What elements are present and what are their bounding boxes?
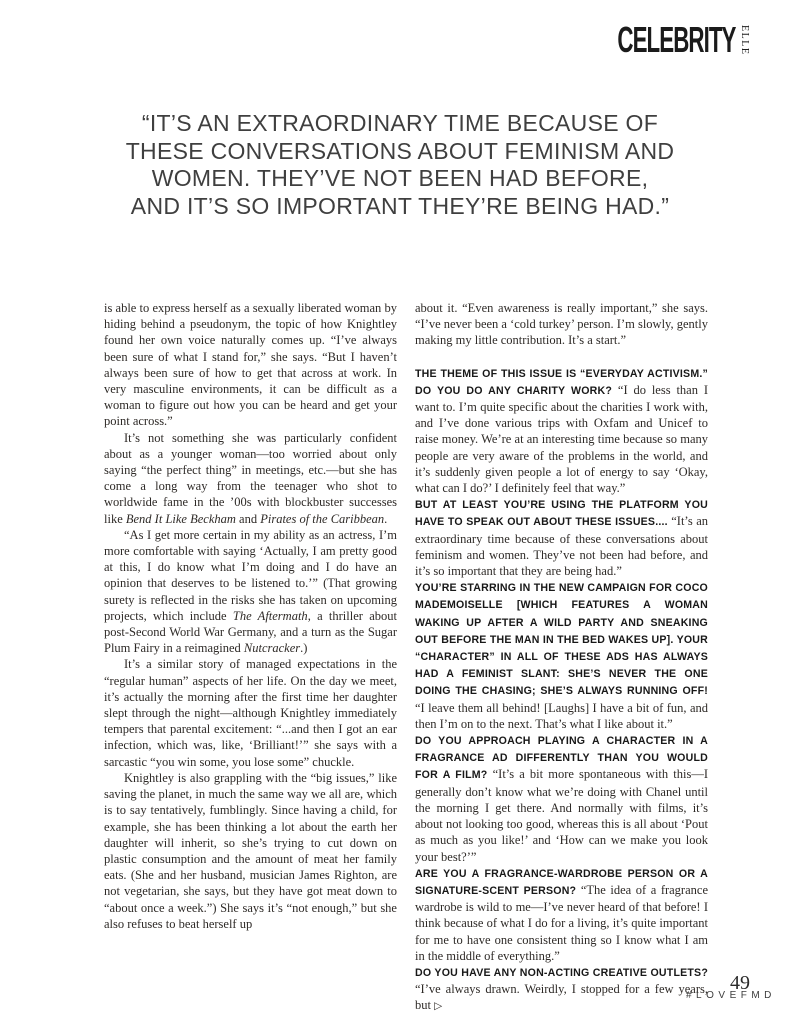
qa-paragraph: BUT AT LEAST YOU’RE USING THE PLATFORM Y…: [415, 496, 708, 579]
continuation-arrow-icon: ▷: [434, 1000, 442, 1012]
page-number: 49: [730, 972, 750, 995]
qa-paragraph: DO YOU HAVE ANY NON-ACTING CREATIVE OUTL…: [415, 964, 708, 1015]
qa-paragraph: ARE YOU A FRAGRANCE-WARDROBE PERSON OR A…: [415, 865, 708, 964]
body-paragraph: is able to express herself as a sexually…: [104, 300, 397, 430]
masthead: CELEBRITY ELLE: [545, 22, 750, 65]
paragraph-text: .: [384, 512, 387, 526]
pull-quote-line: WOMEN. THEY’VE NOT BEEN HAD BEFORE,: [0, 165, 800, 193]
paragraph-text: Bend It Like Beckham: [126, 512, 236, 526]
paragraph-text: “I do less than I want to. I’m quite spe…: [415, 383, 708, 495]
qa-paragraph: YOU’RE STARRING IN THE NEW CAMPAIGN FOR …: [415, 579, 708, 732]
paragraph-text: Nutcracker: [244, 641, 300, 655]
paragraph-text: It’s a similar story of managed expectat…: [104, 657, 397, 768]
body-paragraph: It’s a similar story of managed expectat…: [104, 656, 397, 769]
magazine-logo-vertical: ELLE: [739, 25, 750, 65]
pull-quote-line: AND IT’S SO IMPORTANT THEY’RE BEING HAD.…: [0, 193, 800, 221]
paragraph-text: is able to express herself as a sexually…: [104, 301, 397, 428]
paragraph-text: about it. “Even awareness is really impo…: [415, 301, 708, 347]
article-column-right: about it. “Even awareness is really impo…: [415, 300, 708, 1015]
body-paragraph: about it. “Even awareness is really impo…: [415, 300, 708, 349]
qa-paragraph: THE THEME OF THIS ISSUE IS “EVERYDAY ACT…: [415, 365, 708, 497]
paragraph-text: “I leave them all behind! [Laughs] I hav…: [415, 701, 708, 731]
body-paragraph: It’s not something she was particularly …: [104, 430, 397, 527]
section-title: CELEBRITY: [618, 22, 736, 58]
question-text: DO YOU HAVE ANY NON-ACTING CREATIVE OUTL…: [415, 967, 708, 979]
paragraph-text: Knightley is also grappling with the “bi…: [104, 771, 397, 931]
pull-quote-line: “IT’S AN EXTRAORDINARY TIME BECAUSE OF: [0, 110, 800, 138]
article-body: is able to express herself as a sexually…: [104, 300, 708, 1015]
pull-quote-line: THESE CONVERSATIONS ABOUT FEMINISM AND: [0, 138, 800, 166]
pull-quote: “IT’S AN EXTRAORDINARY TIME BECAUSE OF T…: [0, 110, 800, 220]
paragraph-text: “I’ve always drawn. Weirdly, I stopped f…: [415, 982, 708, 1012]
paragraph-text: “It’s a bit more spontaneous with this—I…: [415, 767, 708, 863]
paragraph-text: .): [300, 641, 307, 655]
question-text: BUT AT LEAST YOU’RE USING THE PLATFORM Y…: [415, 499, 708, 528]
magazine-page: CELEBRITY ELLE “IT’S AN EXTRAORDINARY TI…: [0, 0, 800, 1024]
body-paragraph: “As I get more certain in my ability as …: [104, 527, 397, 657]
question-text: YOU’RE STARRING IN THE NEW CAMPAIGN FOR …: [415, 582, 708, 697]
paragraph-text: and: [236, 512, 260, 526]
article-column-left: is able to express herself as a sexually…: [104, 300, 397, 1015]
paragraph-text: Pirates of the Caribbean: [260, 512, 384, 526]
body-paragraph: Knightley is also grappling with the “bi…: [104, 770, 397, 932]
paragraph-text: The Aftermath: [233, 609, 308, 623]
qa-paragraph: DO YOU APPROACH PLAYING A CHARACTER IN A…: [415, 732, 708, 865]
